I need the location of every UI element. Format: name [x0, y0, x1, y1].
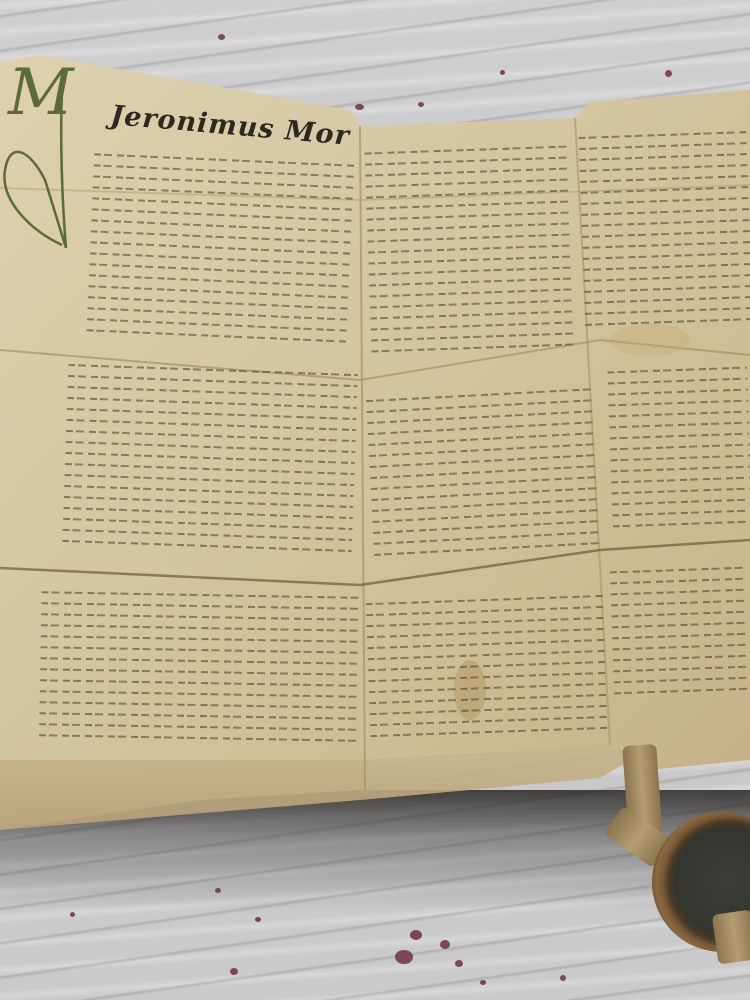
text-block-bottom-center: [365, 586, 610, 754]
text-block-bottom-left: [39, 582, 360, 758]
text-block-middle-left: [62, 355, 359, 565]
text-block-top-right: [578, 122, 750, 353]
text-block-bottom-right: [609, 558, 750, 713]
text-block-middle-center: [365, 379, 604, 571]
text-block-top-left: [86, 144, 356, 355]
decorated-initial: M: [8, 56, 74, 130]
text-block-top-middle: [364, 136, 577, 373]
seal-strap-end: [712, 909, 750, 964]
text-block-middle-right: [607, 358, 750, 543]
